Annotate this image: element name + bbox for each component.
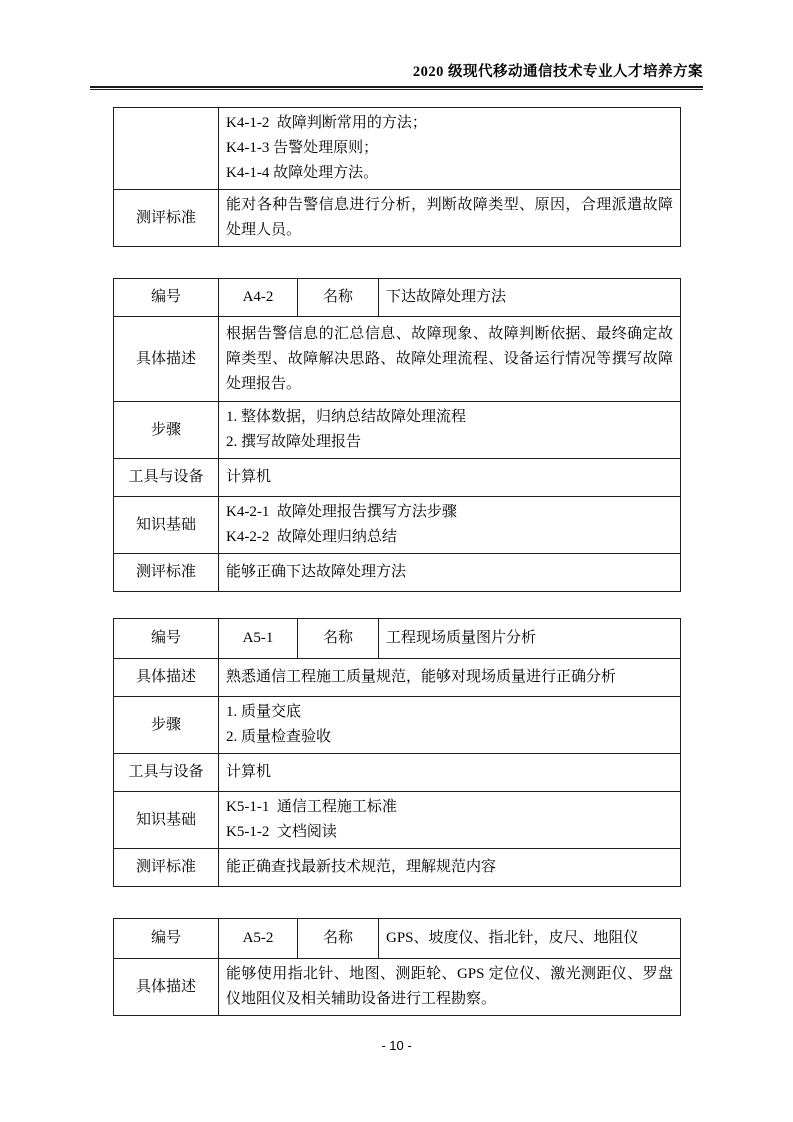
table-task-a4-2: 编号 A4-2 名称 下达故障处理方法 具体描述 根据告警信息的汇总信息、故障现… xyxy=(113,278,681,592)
row-label: 具体描述 xyxy=(114,959,219,1016)
cell-line: K4-1-3 告警处理原则； xyxy=(226,136,673,161)
task-name: 工程现场质量图片分析 xyxy=(379,619,681,659)
id-label: 编号 xyxy=(114,279,219,317)
cell-line: K4-1-2 故障判断常用的方法； xyxy=(226,111,673,136)
criteria-cell: 能正确查找最新技术规范，理解规范内容 xyxy=(219,849,681,887)
cell-line: 1. 整体数据，归纳总结故障处理流程 xyxy=(226,405,673,430)
row-label: 步骤 xyxy=(114,402,219,459)
cell-line: 2. 质量检查验收 xyxy=(226,725,673,750)
criteria-cell: 能对各种告警信息进行分析，判断故障类型、原因，合理派遣故障处理人员。 xyxy=(219,190,681,247)
row-description: 具体描述 熟悉通信工程施工质量规范，能够对现场质量进行正确分析 xyxy=(114,659,681,697)
name-label: 名称 xyxy=(298,619,379,659)
row-label: 知识基础 xyxy=(114,497,219,554)
cell-line: K5-1-1 通信工程施工标准 xyxy=(226,795,673,820)
row-header: 编号 A5-2 名称 GPS、坡度仪、指北针，皮尺、地阻仪 xyxy=(114,919,681,959)
row-description: 具体描述 能够使用指北针、地图、测距轮、GPS 定位仪、激光测距仪、罗盘仪地阻仪… xyxy=(114,959,681,1016)
document-page: 2020 级现代移动通信技术专业人才培养方案 K4-1-2 故障判断常用的方法；… xyxy=(0,0,793,1122)
row-label: 具体描述 xyxy=(114,317,219,402)
knowledge-list-cell: K4-1-2 故障判断常用的方法； K4-1-3 告警处理原则； K4-1-4 … xyxy=(219,108,681,190)
task-name: 下达故障处理方法 xyxy=(379,279,681,317)
steps-cell: 1. 质量交底 2. 质量检查验收 xyxy=(219,697,681,754)
row-label-empty xyxy=(114,108,219,190)
name-label: 名称 xyxy=(298,279,379,317)
knowledge-list-cell: K4-2-1 故障处理报告撰写方法步骤 K4-2-2 故障处理归纳总结 xyxy=(219,497,681,554)
row-criteria: 测评标准 能对各种告警信息进行分析，判断故障类型、原因，合理派遣故障处理人员。 xyxy=(114,190,681,247)
name-label: 名称 xyxy=(298,919,379,959)
row-criteria: 测评标准 能够正确下达故障处理方法 xyxy=(114,554,681,592)
row-knowledge: 知识基础 K5-1-1 通信工程施工标准 K5-1-2 文档阅读 xyxy=(114,792,681,849)
table-task-a5-2: 编号 A5-2 名称 GPS、坡度仪、指北针，皮尺、地阻仪 具体描述 能够使用指… xyxy=(113,918,681,1016)
row-header: 编号 A5-1 名称 工程现场质量图片分析 xyxy=(114,619,681,659)
row-tools: 工具与设备 计算机 xyxy=(114,459,681,497)
row-label: 知识基础 xyxy=(114,792,219,849)
row-knowledge: 知识基础 K4-2-1 故障处理报告撰写方法步骤 K4-2-2 故障处理归纳总结 xyxy=(114,497,681,554)
row-label: 具体描述 xyxy=(114,659,219,697)
row-label: 步骤 xyxy=(114,697,219,754)
knowledge-list-cell: K5-1-1 通信工程施工标准 K5-1-2 文档阅读 xyxy=(219,792,681,849)
row-description: 具体描述 根据告警信息的汇总信息、故障现象、故障判断依据、最终确定故障类型、故障… xyxy=(114,317,681,402)
task-name: GPS、坡度仪、指北针，皮尺、地阻仪 xyxy=(379,919,681,959)
row-label: 工具与设备 xyxy=(114,459,219,497)
description-cell: 能够使用指北针、地图、测距轮、GPS 定位仪、激光测距仪、罗盘仪地阻仪及相关辅助… xyxy=(219,959,681,1016)
task-id: A5-1 xyxy=(219,619,298,659)
cell-line: K4-2-1 故障处理报告撰写方法步骤 xyxy=(226,500,673,525)
description-cell: 熟悉通信工程施工质量规范，能够对现场质量进行正确分析 xyxy=(219,659,681,697)
cell-line: K5-1-2 文档阅读 xyxy=(226,820,673,845)
cell-line: 1. 质量交底 xyxy=(226,700,673,725)
table-k4-1-continuation: K4-1-2 故障判断常用的方法； K4-1-3 告警处理原则； K4-1-4 … xyxy=(113,107,681,247)
page-number: - 10 - xyxy=(0,1038,793,1053)
steps-cell: 1. 整体数据，归纳总结故障处理流程 2. 撰写故障处理报告 xyxy=(219,402,681,459)
page-header-title: 2020 级现代移动通信技术专业人才培养方案 xyxy=(413,60,703,81)
row-label: 测评标准 xyxy=(114,190,219,247)
row-label: 工具与设备 xyxy=(114,754,219,792)
row-knowledge-continued: K4-1-2 故障判断常用的方法； K4-1-3 告警处理原则； K4-1-4 … xyxy=(114,108,681,190)
cell-line: K4-2-2 故障处理归纳总结 xyxy=(226,525,673,550)
criteria-cell: 能够正确下达故障处理方法 xyxy=(219,554,681,592)
cell-line: K4-1-4 故障处理方法。 xyxy=(226,161,673,186)
tools-cell: 计算机 xyxy=(219,754,681,792)
row-criteria: 测评标准 能正确查找最新技术规范，理解规范内容 xyxy=(114,849,681,887)
description-cell: 根据告警信息的汇总信息、故障现象、故障判断依据、最终确定故障类型、故障解决思路、… xyxy=(219,317,681,402)
row-steps: 步骤 1. 整体数据，归纳总结故障处理流程 2. 撰写故障处理报告 xyxy=(114,402,681,459)
table-task-a5-1: 编号 A5-1 名称 工程现场质量图片分析 具体描述 熟悉通信工程施工质量规范，… xyxy=(113,618,681,887)
id-label: 编号 xyxy=(114,919,219,959)
header-rule xyxy=(90,86,703,90)
cell-line: 2. 撰写故障处理报告 xyxy=(226,430,673,455)
row-label: 测评标准 xyxy=(114,554,219,592)
row-header: 编号 A4-2 名称 下达故障处理方法 xyxy=(114,279,681,317)
task-id: A5-2 xyxy=(219,919,298,959)
row-steps: 步骤 1. 质量交底 2. 质量检查验收 xyxy=(114,697,681,754)
row-label: 测评标准 xyxy=(114,849,219,887)
task-id: A4-2 xyxy=(219,279,298,317)
id-label: 编号 xyxy=(114,619,219,659)
tools-cell: 计算机 xyxy=(219,459,681,497)
row-tools: 工具与设备 计算机 xyxy=(114,754,681,792)
